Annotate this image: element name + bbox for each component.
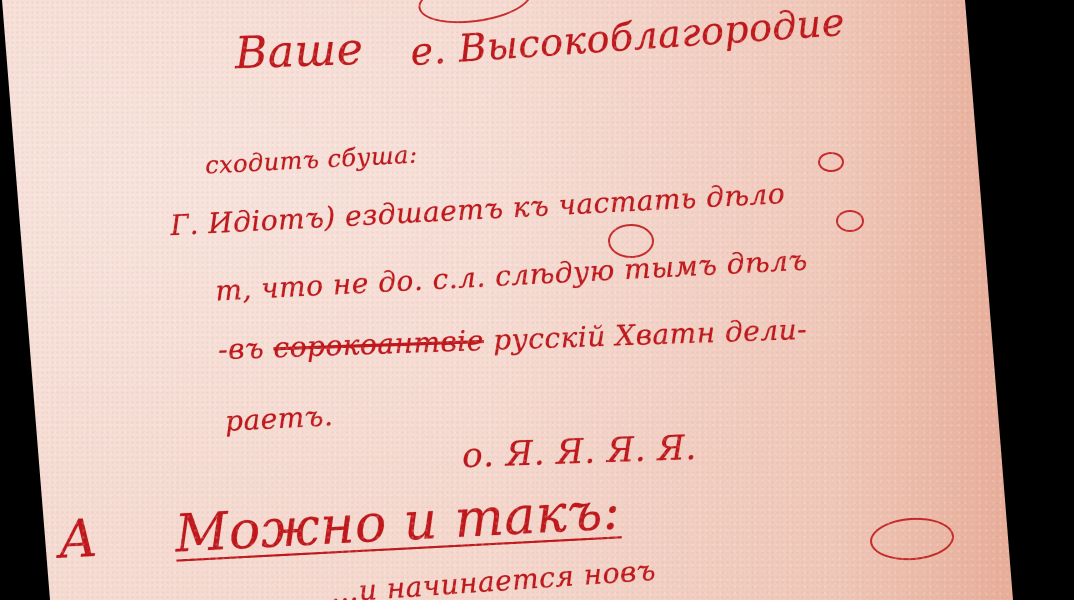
ligature-flourish <box>836 210 864 232</box>
body-line-3-prefix: -въ <box>218 331 274 366</box>
salutation-word: Ваше <box>234 28 364 76</box>
body-line-3: -въ сорокоантвiе русскiй Хватн дели- <box>218 316 808 365</box>
body-line-4: раетъ. <box>224 402 334 436</box>
body-line-3-suffix: русскiй Хватн дели- <box>483 313 807 357</box>
ligature-flourish <box>818 152 844 172</box>
manuscript-photo: Ваше е. Высокоблагородие сходитъ сбуша: … <box>0 0 1074 600</box>
body-line-2: т, что не до. с.л. слѣдую тымъ дѣлъ <box>215 247 809 306</box>
bottom-line-partial: …и начинается новъ <box>329 557 656 600</box>
salutation-title: е. Высокоблагородие <box>409 3 846 71</box>
body-line-1: Г. Идiотъ) ездшаетъ къ частать дѣло <box>170 180 786 240</box>
heading-lead-letter: А <box>57 509 100 571</box>
initials-signature: о. Я. Я. Я. Я. <box>461 431 697 473</box>
section-heading: А Можно и такъ: <box>57 485 622 566</box>
heading-underlined-text: Можно и такъ: <box>174 481 622 564</box>
ligature-flourish <box>608 224 654 258</box>
salutation-flourish <box>415 0 534 30</box>
struck-through-word: сорокоантвiе <box>273 324 484 364</box>
greeting-line: сходитъ сбуша: <box>205 142 419 177</box>
closing-flourish <box>869 515 956 563</box>
paper-sheet: Ваше е. Высокоблагородие сходитъ сбуша: … <box>0 0 1074 600</box>
